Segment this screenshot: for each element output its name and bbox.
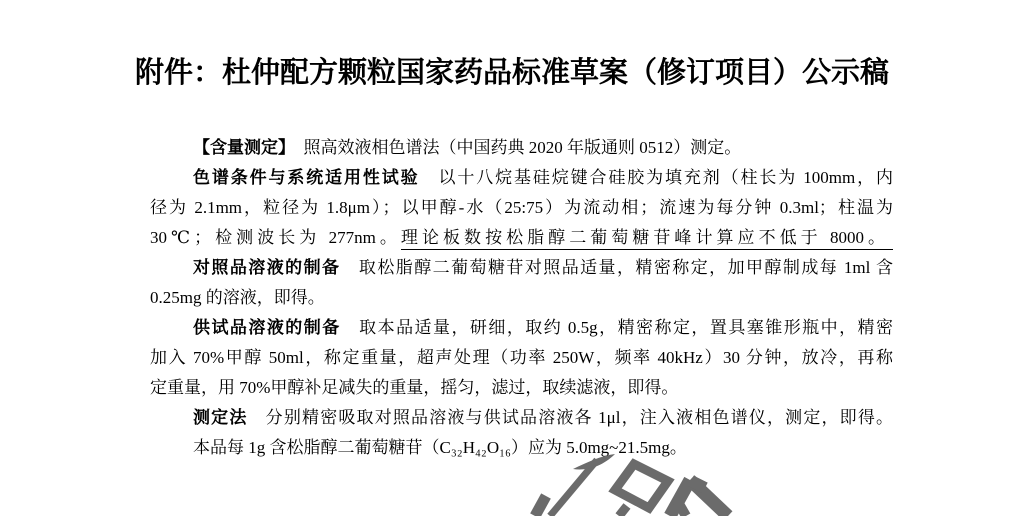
- section-label: 色谱条件与系统适用性试验: [193, 168, 420, 187]
- paragraph-line: 供试品溶液的制备 取本品适量，研细，取约 0.5g，精密称定，置具塞锥形瓶中，精…: [150, 313, 893, 343]
- paragraph-line: 色谱条件与系统适用性试验 以十八烷基硅烷键合硅胶为填充剂（柱长为 100mm，内: [150, 163, 893, 193]
- paragraph-line: 【含量测定】 照高效液相色谱法（中国药典 2020 年版通则 0512）测定。: [150, 133, 893, 163]
- document-body: 【含量测定】 照高效液相色谱法（中国药典 2020 年版通则 0512）测定。 …: [150, 133, 893, 463]
- document-title: 附件：杜仲配方颗粒国家药品标准草案（修订项目）公示稿: [0, 50, 1024, 91]
- line-text: 照高效液相色谱法（中国药典 2020 年版通则 0512）测定。: [287, 138, 742, 157]
- section-label: 测定法: [193, 408, 248, 427]
- document-page: 附件：杜仲配方颗粒国家药品标准草案（修订项目）公示稿 【含量测定】 照高效液相色…: [0, 0, 1024, 516]
- section-label: 【含量测定】: [193, 138, 287, 157]
- paragraph-line: 对照品溶液的制备 取松脂醇二葡萄糖苷对照品适量，精密称定，加甲醇制成每 1ml …: [150, 253, 893, 283]
- line-text: 径为 2.1mm，粒径为 1.8μm）；以甲醇-水（25:75）为流动相；流速为…: [150, 198, 893, 217]
- paragraph-line: 30℃；检测波长为 277nm。理论板数按松脂醇二葡萄糖苷峰计算应不低于 800…: [150, 223, 893, 253]
- underlined-requirement-text: 理论板数按松脂醇二葡萄糖苷峰计算应不低于 8000。: [401, 228, 893, 250]
- paragraph-line: 加入 70%甲醇 50ml，称定重量，超声处理（功率 250W，频率 40kHz…: [150, 343, 893, 373]
- section-label: 对照品溶液的制备: [193, 258, 340, 277]
- line-text: 0.25mg 的溶液，即得。: [150, 288, 325, 307]
- paragraph-line: 定重量，用 70%甲醇补足减失的重量，摇匀，滤过，取续滤液，即得。: [150, 373, 893, 403]
- line-text: 30℃；检测波长为 277nm。: [150, 228, 401, 247]
- line-text: 取本品适量，研细，取约 0.5g，精密称定，置具塞锥形瓶中，精密: [341, 318, 893, 337]
- paragraph-line: 测定法 分别精密吸取对照品溶液与供试品溶液各 1μl，注入液相色谱仪，测定，即得…: [150, 403, 893, 433]
- line-text: 分别精密吸取对照品溶液与供试品溶液各 1μl，注入液相色谱仪，测定，即得。: [248, 408, 894, 427]
- line-text: 加入 70%甲醇 50ml，称定重量，超声处理（功率 250W，频率 40kHz…: [150, 348, 893, 367]
- paragraph-line: 径为 2.1mm，粒径为 1.8μm）；以甲醇-水（25:75）为流动相；流速为…: [150, 193, 893, 223]
- line-text: 本品每 1g 含松脂醇二葡萄糖苷（C₃₂H₄₂O₁₆）应为 5.0mg~21.5…: [193, 438, 687, 457]
- line-text: 定重量，用 70%甲醇补足减失的重量，摇匀，滤过，取续滤液，即得。: [150, 378, 678, 397]
- section-label: 供试品溶液的制备: [193, 318, 341, 337]
- paragraph-line: 本品每 1g 含松脂醇二葡萄糖苷（C₃₂H₄₂O₁₆）应为 5.0mg~21.5…: [150, 433, 893, 463]
- line-text: 以十八烷基硅烷键合硅胶为填充剂（柱长为 100mm，内: [420, 168, 893, 187]
- line-text: 取松脂醇二葡萄糖苷对照品适量，精密称定，加甲醇制成每 1ml 含: [340, 258, 893, 277]
- paragraph-line: 0.25mg 的溶液，即得。: [150, 283, 893, 313]
